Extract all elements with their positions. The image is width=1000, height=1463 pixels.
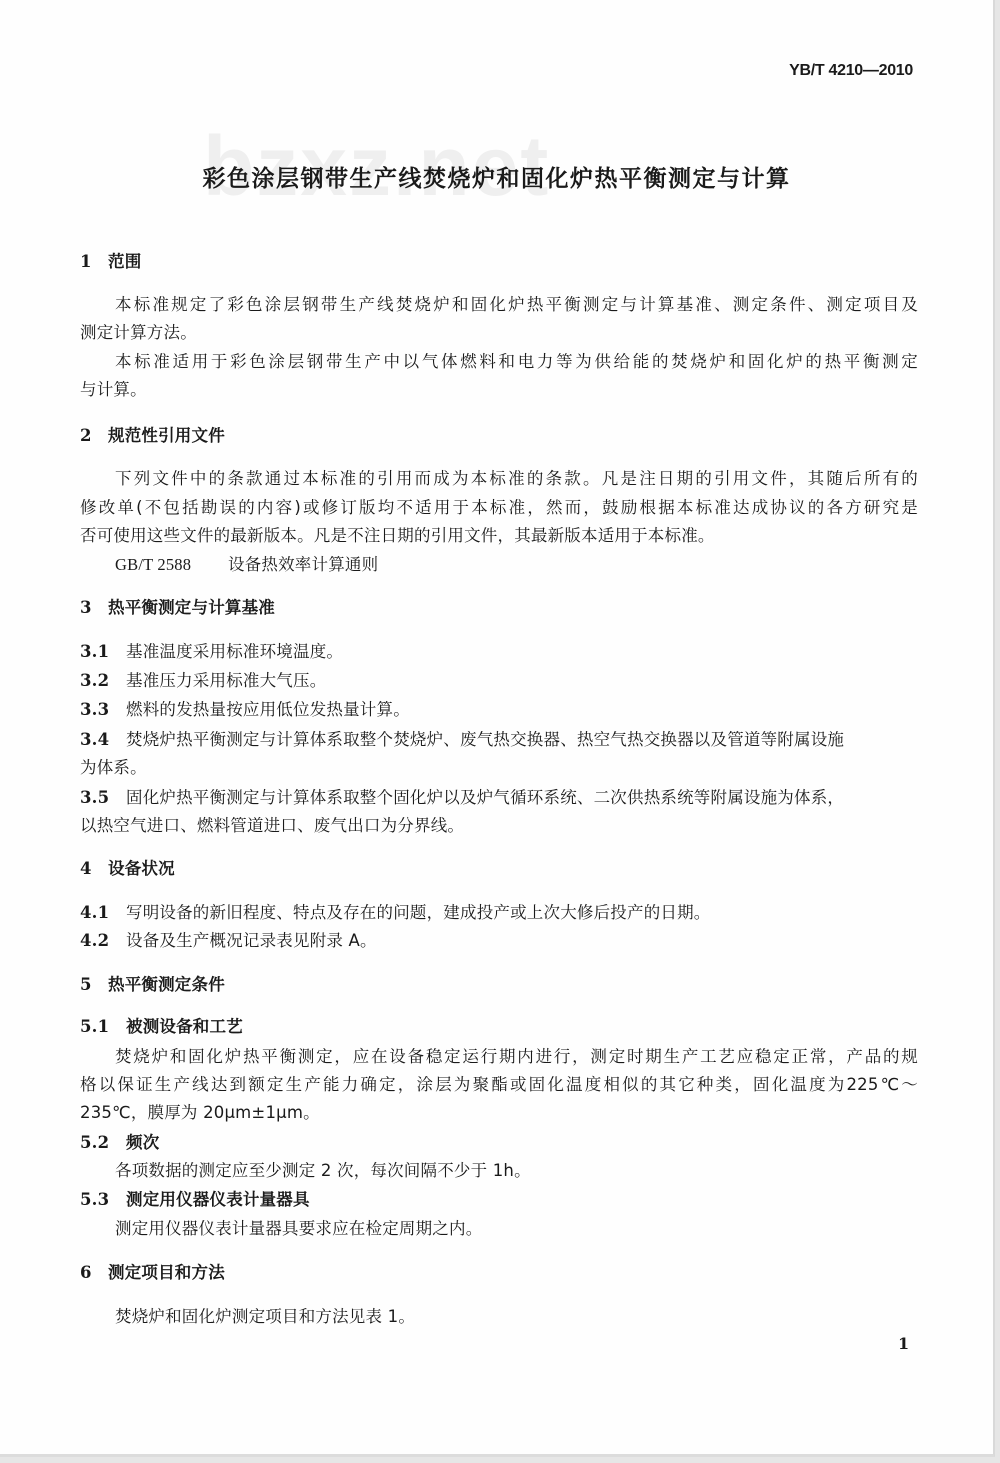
paragraph-line: 修改单(不包括勘误的内容)或修订版均不适用于本标准，然而，鼓励根据本标准达成协议…	[80, 494, 918, 522]
section-number: 4	[80, 855, 108, 883]
paragraph-line: 本标准适用于彩色涂层钢带生产中以气体燃料和电力等为供给能的焚烧炉和固化炉的热平衡…	[115, 348, 918, 376]
paragraph-line: 测定计算方法。	[80, 319, 918, 347]
clause-text: 燃料的发热量按应用低位发热量计算。	[126, 700, 410, 719]
paragraph-line: 焚烧炉和固化炉测定项目和方法见表 1。	[115, 1303, 918, 1331]
clause-number: 3.1	[80, 638, 126, 666]
clause-number: 5.1	[80, 1013, 126, 1041]
clause-number: 3.5	[80, 784, 126, 812]
clause-text: 基准温度采用标准环境温度。	[126, 642, 343, 661]
document-title: 彩色涂层钢带生产线焚烧炉和固化炉热平衡测定与计算	[0, 160, 993, 193]
paragraph-line: 格以保证生产线达到额定生产能力确定，涂层为聚酯或固化温度相似的其它种类，固化温度…	[80, 1071, 918, 1099]
clause-text: 设备及生产概况记录表见附录 A。	[126, 931, 377, 950]
section-5-heading: 5热平衡测定条件	[80, 971, 918, 999]
paragraph-line: 235℃，膜厚为 20μm±1μm。	[80, 1099, 918, 1127]
clause-number: 3.3	[80, 696, 126, 724]
reference-code: GB/T 2588	[115, 551, 228, 579]
normative-reference: GB/T 2588设备热效率计算通则	[115, 551, 918, 579]
clause-number: 4.2	[80, 927, 126, 955]
paragraph-line: 否可使用这些文件的最新版本。凡是不注日期的引用文件，其最新版本适用于本标准。	[80, 522, 918, 550]
section-number: 2	[80, 422, 108, 450]
section-number: 6	[80, 1259, 108, 1287]
subsection-5-3-heading: 5.3测定用仪器仪表计量器具	[80, 1186, 918, 1214]
section-number: 1	[80, 248, 108, 276]
section-title: 规范性引用文件	[108, 426, 225, 445]
reference-name: 设备热效率计算通则	[228, 555, 378, 574]
subsection-title: 频次	[126, 1133, 159, 1152]
clause-3-3: 3.3燃料的发热量按应用低位发热量计算。	[80, 696, 918, 724]
clause-4-2: 4.2设备及生产概况记录表见附录 A。	[80, 927, 918, 955]
clause-3-4: 3.4焚烧炉热平衡测定与计算体系取整个焚烧炉、废气热交换器、热空气热交换器以及管…	[80, 726, 918, 754]
section-number: 5	[80, 971, 108, 999]
subsection-title: 测定用仪器仪表计量器具	[126, 1190, 310, 1209]
clause-text: 基准压力采用标准大气压。	[126, 671, 326, 690]
clause-3-2: 3.2基准压力采用标准大气压。	[80, 667, 918, 695]
clause-number: 3.2	[80, 667, 126, 695]
section-4-heading: 4设备状况	[80, 855, 918, 883]
standard-code: YB/T 4210—2010	[789, 62, 913, 80]
clause-number: 5.3	[80, 1186, 126, 1214]
clause-3-5: 3.5固化炉热平衡测定与计算体系取整个固化炉以及炉气循环系统、二次供热系统等附属…	[80, 784, 918, 812]
paragraph-line: 本标准规定了彩色涂层钢带生产线焚烧炉和固化炉热平衡测定与计算基准、测定条件、测定…	[115, 291, 918, 319]
section-title: 热平衡测定条件	[108, 975, 225, 994]
section-title: 设备状况	[108, 859, 175, 878]
paragraph-line: 测定用仪器仪表计量器具要求应在检定周期之内。	[115, 1215, 918, 1243]
paragraph-line: 焚烧炉和固化炉热平衡测定，应在设备稳定运行期内进行，测定时期生产工艺应稳定正常，…	[115, 1043, 918, 1071]
subsection-5-2-heading: 5.2频次	[80, 1129, 918, 1157]
section-number: 3	[80, 594, 108, 622]
clause-number: 3.4	[80, 726, 126, 754]
clause-continuation: 为体系。	[80, 754, 918, 782]
clause-3-1: 3.1基准温度采用标准环境温度。	[80, 638, 918, 666]
clause-text: 写明设备的新旧程度、特点及存在的问题，建成投产或上次大修后投产的日期。	[126, 903, 711, 922]
clause-4-1: 4.1写明设备的新旧程度、特点及存在的问题，建成投产或上次大修后投产的日期。	[80, 899, 918, 927]
section-title: 热平衡测定与计算基准	[108, 598, 275, 617]
clause-number: 5.2	[80, 1129, 126, 1157]
clause-number: 4.1	[80, 899, 126, 927]
paragraph-line: 下列文件中的条款通过本标准的引用而成为本标准的条款。凡是注日期的引用文件，其随后…	[115, 465, 918, 493]
section-3-heading: 3热平衡测定与计算基准	[80, 594, 918, 622]
section-title: 范围	[108, 252, 141, 271]
paragraph-line: 各项数据的测定应至少测定 2 次，每次间隔不少于 1h。	[115, 1157, 918, 1185]
section-2-heading: 2规范性引用文件	[80, 422, 918, 450]
clause-continuation: 以热空气进口、燃料管道进口、废气出口为分界线。	[80, 812, 918, 840]
page-number: 1	[898, 1334, 909, 1353]
section-1-heading: 1范围	[80, 248, 918, 276]
section-6-heading: 6测定项目和方法	[80, 1259, 918, 1287]
clause-text: 焚烧炉热平衡测定与计算体系取整个焚烧炉、废气热交换器、热空气热交换器以及管道等附…	[126, 730, 844, 749]
subsection-title: 被测设备和工艺	[126, 1017, 243, 1036]
section-title: 测定项目和方法	[108, 1263, 225, 1282]
clause-text: 固化炉热平衡测定与计算体系取整个固化炉以及炉气循环系统、二次供热系统等附属设施为…	[126, 788, 844, 807]
subsection-5-1-heading: 5.1被测设备和工艺	[80, 1013, 918, 1041]
paragraph-line: 与计算。	[80, 376, 918, 404]
document-page: bzxz.net YB/T 4210—2010 彩色涂层钢带生产线焚烧炉和固化炉…	[0, 0, 995, 1457]
